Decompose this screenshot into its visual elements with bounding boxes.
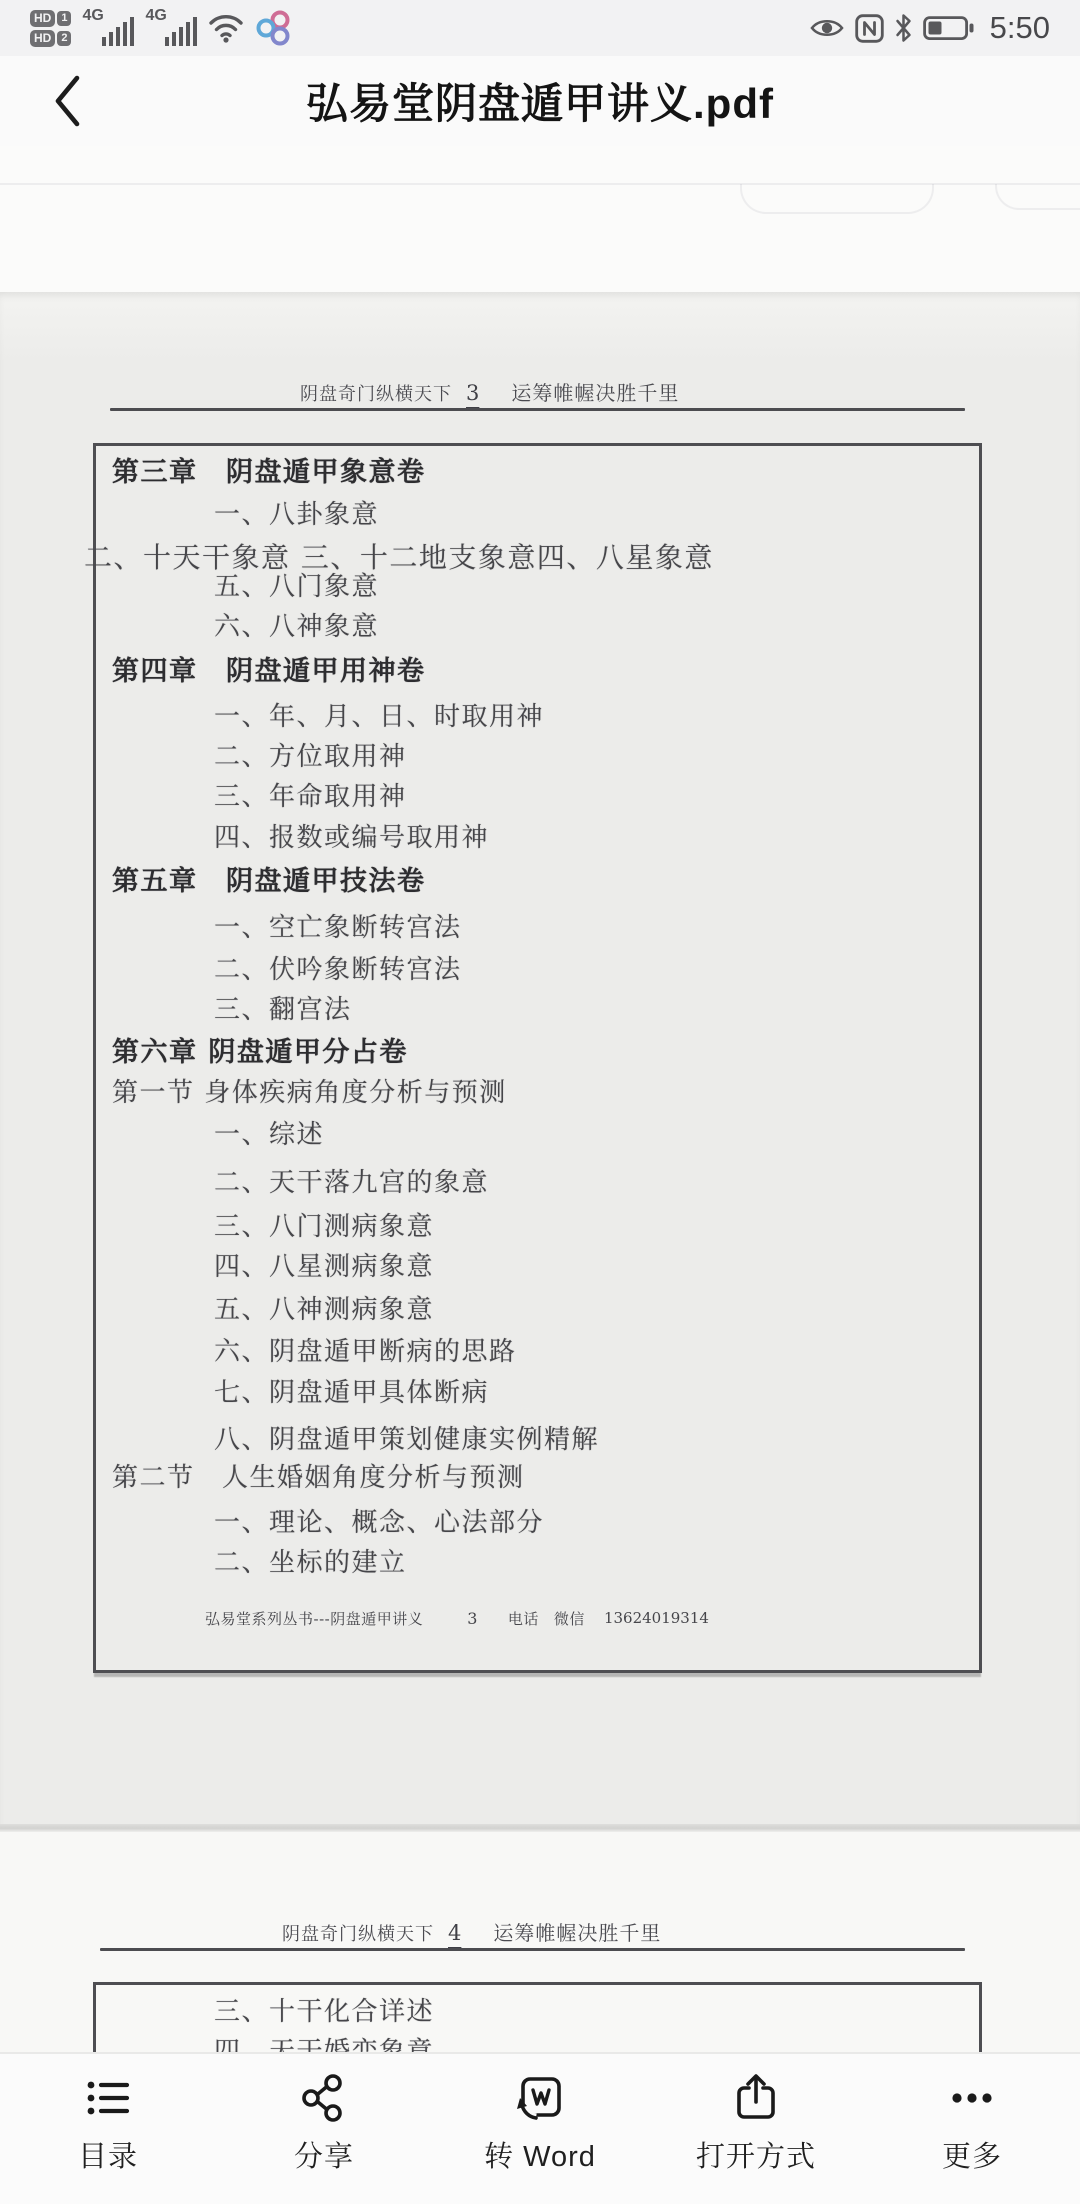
document-title: 弘易堂阴盘遁甲讲义.pdf [0, 71, 1080, 131]
toc-line: 第四章 阴盘遁甲用神卷 [112, 654, 426, 690]
signal-bars-icon [165, 16, 197, 46]
header-rule [100, 1948, 965, 1951]
page-number: 4 [448, 1921, 461, 1945]
hd-icon: HD [30, 10, 55, 27]
bottom-toolbar: 目录 分享 转 Word [0, 2052, 1080, 2204]
word-convert-icon [514, 2072, 566, 2124]
footer-wechat-label: 微信 [554, 1608, 585, 1629]
toc-line: 第一节 身体疾病角度分析与预测 [112, 1075, 507, 1111]
sim2-number: 2 [57, 31, 71, 46]
share-button[interactable]: 分享 [216, 2054, 432, 2204]
toc-line: 三、八门测病象意 [214, 1209, 434, 1245]
toc-line: 二、伏吟象断转宫法 [214, 952, 462, 988]
wifi-icon [208, 13, 244, 43]
network-type-label: 4G [82, 7, 103, 25]
document-top-margin [0, 146, 1080, 292]
footer-contact-number: 13624019314 [604, 1609, 709, 1627]
hd-icon: HD [30, 30, 55, 47]
signal-bars-sim1-icon: 4G [82, 7, 134, 49]
more-button[interactable]: 更多 [864, 2054, 1080, 2204]
running-header-right: 运筹帷幄决胜千里 [511, 377, 679, 406]
footer-series-title: 弘易堂系列丛书---阴盘遁甲讲义 [205, 1608, 423, 1629]
toc-line: 四、八星测病象意 [214, 1249, 434, 1285]
toc-line: 二、方位取用神 [214, 739, 407, 775]
hd-sim2-badge: HD 2 [30, 30, 71, 47]
open-with-icon [730, 2072, 782, 2124]
signal-bars-icon [102, 16, 134, 46]
toc-line: 三、十干化合详述 [214, 1994, 434, 2030]
toc-line: 一、八卦象意 [214, 497, 379, 533]
pdf-reader-app: HD 1 HD 2 4G [0, 0, 1080, 2204]
bluetooth-icon [895, 13, 912, 43]
toc-line: 二、天干落九宫的象意 [214, 1165, 489, 1201]
eye-protection-icon [810, 16, 844, 40]
toc-line: 三、年命取用神 [214, 779, 407, 815]
toc-line: 六、八神象意 [214, 609, 379, 645]
toc-button[interactable]: 目录 [0, 2054, 216, 2204]
toc-line: 五、八神测病象意 [214, 1292, 434, 1328]
volte-hd-badges: HD 1 HD 2 [30, 10, 71, 47]
battery-icon [923, 14, 975, 42]
status-bar: HD 1 HD 2 4G [0, 0, 1080, 56]
toc-line: 第三章 阴盘遁甲象意卷 [112, 455, 426, 491]
network-type-label: 4G [145, 7, 166, 25]
running-header-left: 阴盘奇门纵横天下 [282, 1920, 434, 1946]
app-header: 弘易堂阴盘遁甲讲义.pdf [0, 56, 1080, 146]
sim1-number: 1 [57, 11, 71, 26]
more-label: 更多 [942, 2134, 1002, 2175]
toc-line: 一、空亡象断转宫法 [214, 910, 462, 946]
hd-sim1-badge: HD 1 [30, 10, 71, 27]
ghost-button-outline [995, 184, 1080, 210]
toc-line: 一、年、月、日、时取用神 [214, 699, 544, 735]
toc-line: 六、阴盘遁甲断病的思路 [214, 1334, 517, 1370]
toc-line: 二、十天干象意 三、十二地支象意四、八星象意 [84, 540, 714, 576]
header-rule [110, 408, 965, 411]
more-dots-icon [946, 2072, 998, 2124]
running-header-left: 阴盘奇门纵横天下 [300, 380, 452, 406]
toc-line: 五、八门象意 [214, 569, 379, 605]
toc-line: 第六章 阴盘遁甲分占卷 [112, 1035, 408, 1071]
share-button-label: 分享 [294, 2134, 354, 2175]
running-header-right: 运筹帷幄决胜千里 [493, 1917, 661, 1946]
toc-line: 八、阴盘遁甲策划健康实例精解 [214, 1422, 599, 1458]
page-gap-divider [0, 1824, 1080, 1832]
signal-bars-sim2-icon: 4G [145, 7, 197, 49]
convert-to-word-button[interactable]: 转 Word [432, 2054, 648, 2204]
page1-footer: 弘易堂系列丛书---阴盘遁甲讲义 3 电话 微信 13624019314 [205, 1600, 709, 1636]
ghost-button-outline [740, 184, 934, 214]
convert-to-word-label: 转 Word [484, 2134, 596, 2175]
toc-line: 二、坐标的建立 [214, 1545, 407, 1581]
page-number: 3 [466, 381, 479, 405]
share-nodes-icon [298, 2072, 350, 2124]
status-bar-left: HD 1 HD 2 4G [30, 7, 293, 49]
toc-line: 第五章 阴盘遁甲技法卷 [112, 864, 426, 900]
share-rings-icon [255, 10, 293, 46]
toc-line: 三、翻宫法 [214, 992, 352, 1028]
toc-line: 七、阴盘遁甲具体断病 [214, 1375, 489, 1411]
nfc-icon [855, 14, 884, 43]
clock-time: 5:50 [990, 10, 1050, 46]
footer-phone-label: 电话 [508, 1608, 539, 1629]
toc-line: 一、理论、概念、心法部分 [214, 1505, 544, 1541]
toc-line: 第二节 人生婚姻角度分析与预测 [112, 1460, 525, 1496]
open-with-label: 打开方式 [696, 2134, 816, 2175]
open-with-button[interactable]: 打开方式 [648, 2054, 864, 2204]
footer-page-number: 3 [467, 1609, 478, 1628]
status-bar-right: 5:50 [810, 10, 1050, 46]
toc-line: 一、综述 [214, 1117, 324, 1153]
toc-list-icon [82, 2072, 134, 2124]
toc-line: 四、报数或编号取用神 [214, 820, 489, 856]
toc-button-label: 目录 [78, 2134, 138, 2175]
